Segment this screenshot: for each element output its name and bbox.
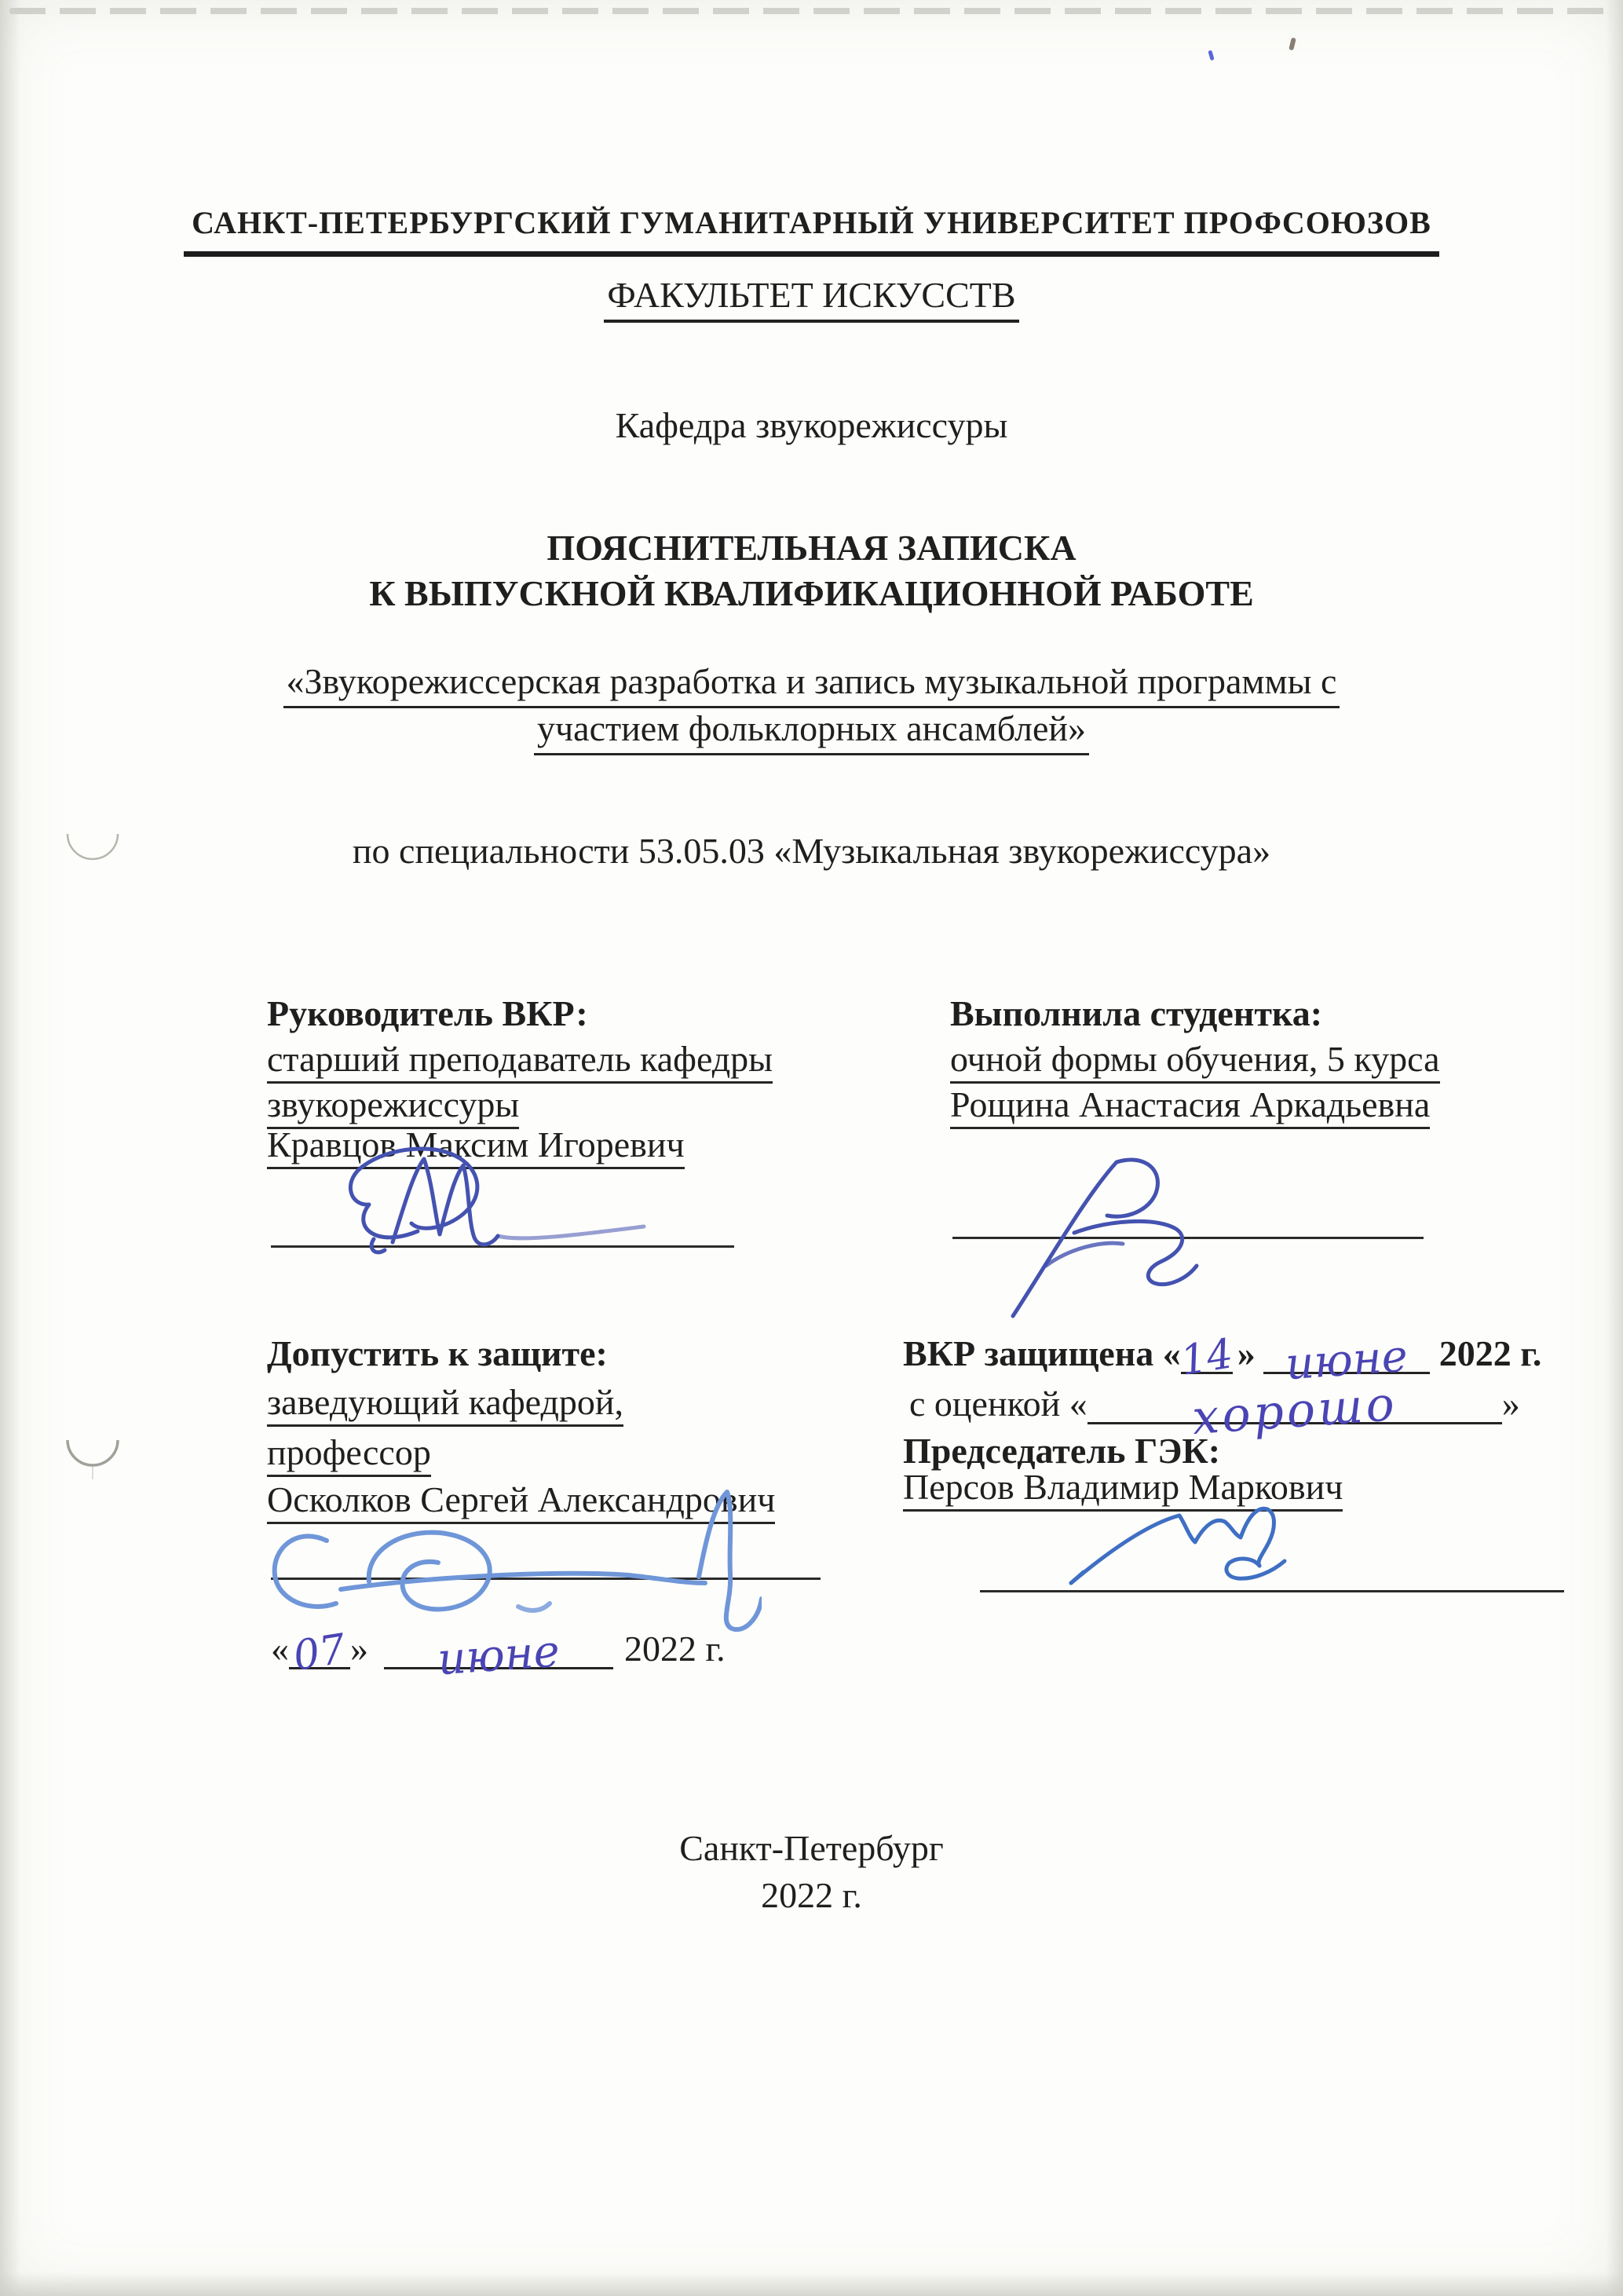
student-name: Рощина Анастасия Аркадьевна (950, 1084, 1430, 1125)
admission-position-1: заведующий кафедрой, (267, 1382, 623, 1423)
date-month-handwritten: июне (437, 1632, 561, 1681)
scan-edge-left (0, 0, 20, 2296)
defended-label: ВКР защищена « (903, 1333, 1181, 1373)
ink-speck (1289, 38, 1296, 51)
grade-blank: хорошо (1087, 1386, 1502, 1424)
doc-type-line-2: К ВЫПУСКНОЙ КВАЛИФИКАЦИОННОЙ РАБОТЕ (0, 573, 1623, 614)
defense-date-line: ВКР защищена «14»июне2022 г. (903, 1333, 1541, 1374)
scan-edge-bottom (0, 2272, 1623, 2296)
chairman-signature-line (980, 1590, 1564, 1592)
supervisor-position-1: старший преподаватель кафедры (267, 1039, 773, 1080)
defense-month-handwritten: июне (1284, 1336, 1409, 1386)
grade-close-quote: » (1502, 1384, 1520, 1424)
scan-vignette (0, 0, 1623, 2296)
admission-signature (259, 1489, 762, 1638)
thesis-title-line-2: участием фольклорных ансамблей» (0, 708, 1623, 755)
department-name: Кафедра звукорежиссуры (616, 405, 1008, 445)
chairman-label: Председатель ГЭК: (903, 1431, 1220, 1472)
specialty-line: по специальности 53.05.03 «Музыкальная з… (0, 831, 1623, 872)
admission-label: Допустить к защите: (267, 1333, 608, 1374)
header-faculty-row: ФАКУЛЬТЕТ ИСКУССТВ (0, 275, 1623, 323)
doc-type-line-1: ПОЯСНИТЕЛЬНАЯ ЗАПИСКА (0, 528, 1623, 569)
scanned-page: САНКТ-ПЕТЕРБУРГСКИЙ ГУМАНИТАРНЫЙ УНИВЕРС… (0, 0, 1623, 2296)
header-university-row: САНКТ-ПЕТЕРБУРГСКИЙ ГУМАНИТАРНЫЙ УНИВЕРС… (0, 201, 1623, 257)
hole-punch-bottom (63, 1421, 122, 1483)
admission-position-2: профессор (267, 1432, 431, 1473)
faculty-name: ФАКУЛЬТЕТ ИСКУССТВ (604, 275, 1018, 323)
grade-line: с оценкой «хорошо» (909, 1384, 1520, 1424)
defense-year: 2022 г. (1439, 1333, 1542, 1373)
scan-edge-top (9, 8, 1617, 14)
grade-handwritten: хорошо (1190, 1384, 1398, 1439)
thesis-title-line-1: «Звукорежиссерская разработка и запись м… (0, 661, 1623, 708)
student-info: очной формы обучения, 5 курса (950, 1039, 1440, 1080)
chairman-signature (1062, 1501, 1297, 1588)
hole-punch-top (63, 815, 122, 872)
university-name: САНКТ-ПЕТЕРБУРГСКИЙ ГУМАНИТАРНЫЙ УНИВЕРС… (184, 203, 1439, 257)
defense-day-handwritten: 14 (1178, 1333, 1235, 1382)
pen-mark (1208, 50, 1214, 61)
defense-month-blank: июне (1263, 1336, 1430, 1374)
defense-day-blank: 14 (1181, 1336, 1233, 1374)
footer-year: 2022 г. (0, 1875, 1623, 1916)
supervisor-signature (330, 1139, 660, 1256)
scan-edge-right (1606, 0, 1623, 2296)
defense-close-quote: » (1237, 1333, 1256, 1373)
supervisor-position-2: звукорежиссуры (267, 1084, 519, 1125)
student-signature (999, 1148, 1234, 1329)
grade-label: с оценкой « (909, 1384, 1087, 1424)
header-department-row: Кафедра звукорежиссуры (0, 405, 1623, 446)
supervisor-label: Руководитель ВКР: (267, 993, 588, 1034)
student-label: Выполнила студентка: (950, 993, 1322, 1034)
footer-city: Санкт-Петербург (0, 1828, 1623, 1869)
